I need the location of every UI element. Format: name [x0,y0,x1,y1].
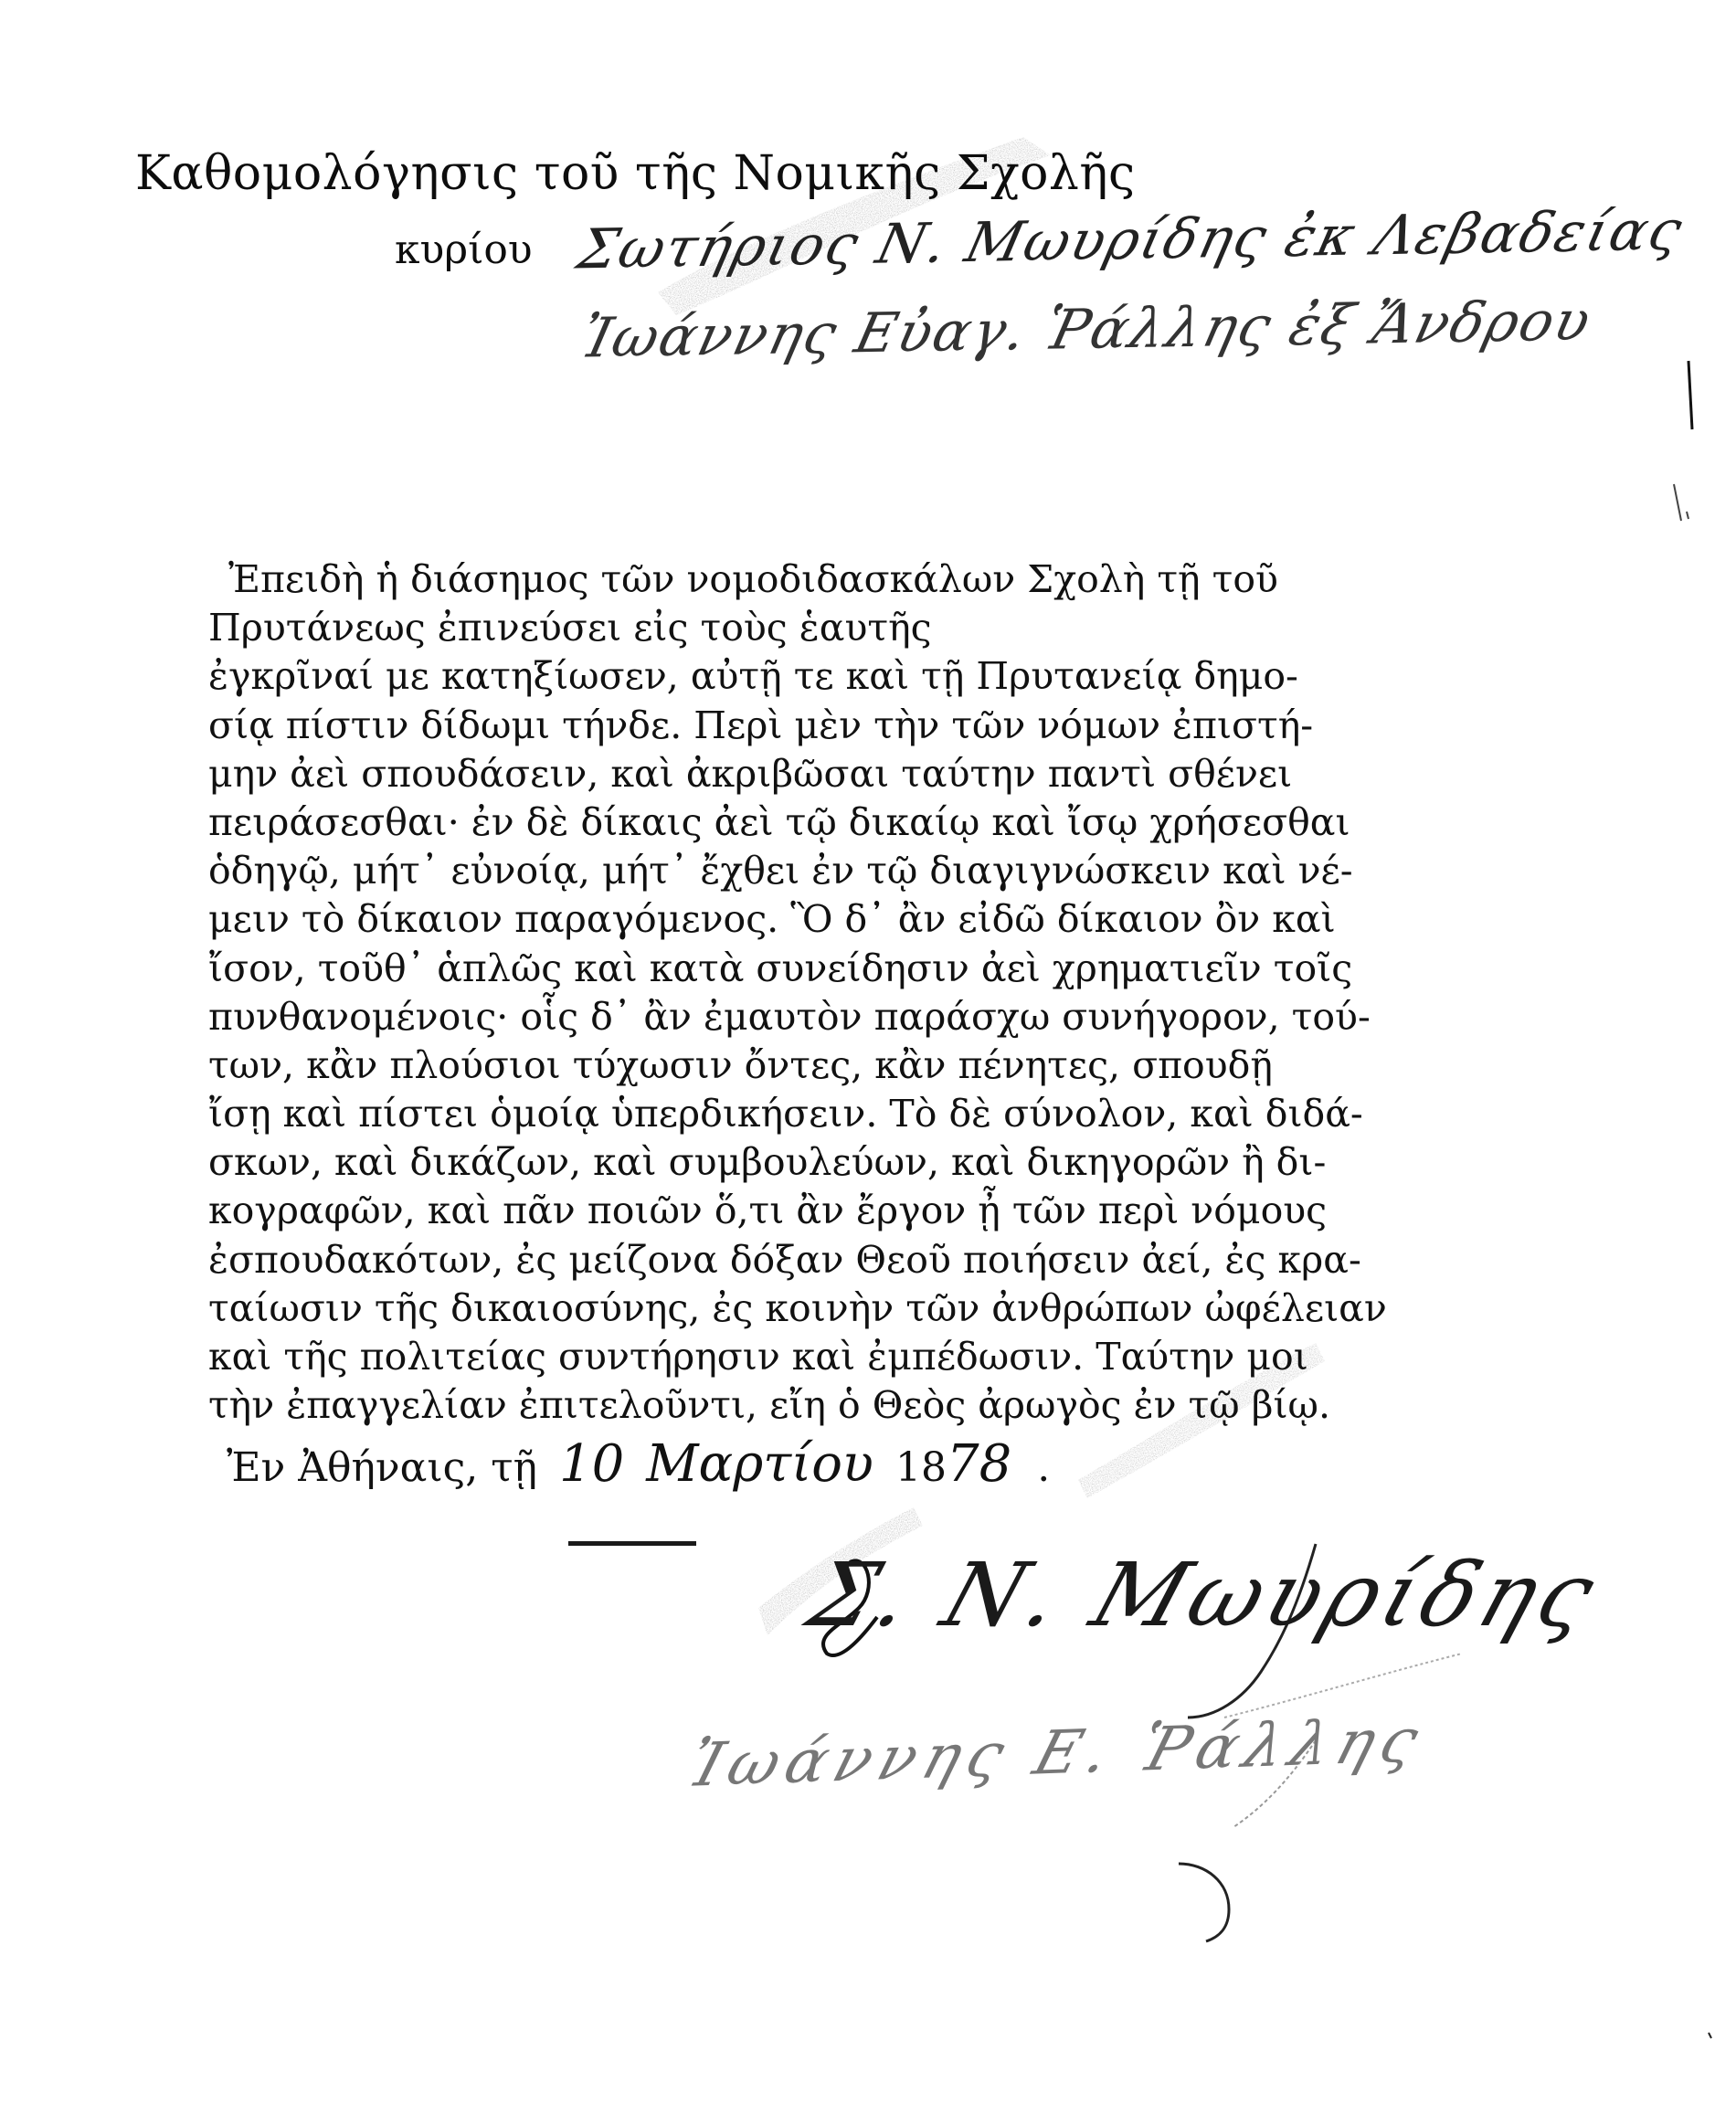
signature-first: Σ. Ν. Μωυρίδης [797,1544,1612,1646]
dateline-end: . [1037,1444,1050,1491]
body-line: ὁδηγῷ, μήτ᾽ εὐνοίᾳ, μήτ᾽ ἔχθει ἐν τῷ δια… [208,847,1250,895]
body-line: ἴσῃ καὶ πίστει ὁμοίᾳ ὑπερδικήσειν. Τὸ δὲ… [208,1090,1250,1138]
dateline: Ἐν Ἀθήναις, τῇ 10 Μαρτίου 1878 . [227,1434,1050,1494]
handwritten-name-line-2: Ἰωάννης Εὐαγ. Ῥάλλης ἐξ Ἄνδρου [576,289,1598,370]
addressee-label: κυρίου [395,227,533,273]
body-line: Πρυτάνεως ἐπινεύσει εἰς τοὺς ἑαυτῆς [208,604,1250,652]
body-line: σίᾳ πίστιν δίδωμι τήνδε. Περὶ μὲν τὴν τῶ… [208,702,1250,750]
body-line: ταίωσιν τῆς δικαιοσύνης, ἐς κοινὴν τῶν ἀ… [208,1284,1250,1333]
body-line: πειράσεσθαι· ἐν δὲ δίκαις ἀεὶ τῷ δικαίῳ … [208,798,1250,847]
dateline-year-prefix: 18 [895,1444,947,1491]
body-line: καὶ τῆς πολιτείας συντήρησιν καὶ ἐμπέδωσ… [208,1333,1250,1381]
signature-rule [568,1541,696,1546]
body-line: μην ἀεὶ σπουδάσειν, καὶ ἀκριβῶσαι ταύτην… [208,750,1250,798]
document-title: Καθομολόγησις τοῦ τῆς Νομικῆς Σχολῆς [135,146,1136,201]
body-line: Ἐπειδὴ ἡ διάσημος τῶν νομοδιδασκάλων Σχο… [208,555,1250,604]
dateline-printed: Ἐν Ἀθήναις, τῇ [227,1444,537,1491]
dateline-month: Μαρτίου [646,1434,873,1494]
dateline-day: 10 [559,1434,624,1494]
body-line: κογραφῶν, καὶ πᾶν ποιῶν ὅ,τι ἂν ἔργον ᾖ … [208,1187,1250,1235]
body-line: ἴσον, τοῦθ᾽ ἁπλῶς καὶ κατὰ συνείδησιν ἀε… [208,945,1250,993]
scanned-document-page: Καθομολόγησις τοῦ τῆς Νομικῆς Σχολῆς κυρ… [0,0,1736,2114]
margin-pen-mark [1688,361,1692,429]
bottom-speck [1709,2033,1711,2038]
oath-body: Ἐπειδὴ ἡ διάσημος τῶν νομοδιδασκάλων Σχο… [208,555,1250,1430]
body-line: τὴν ἐπαγγελίαν ἐπιτελοῦντι, εἴη ὁ Θεὸς ἀ… [208,1381,1250,1430]
bottom-curve-mark [1179,1864,1229,1941]
dateline-year-suffix: 78 [947,1434,1011,1494]
body-line: ἐγκρῖναί με κατηξίωσεν, αὐτῇ τε καὶ τῇ Π… [208,652,1250,701]
body-line: σκων, καὶ δικάζων, καὶ συμβουλεύων, καὶ … [208,1138,1250,1187]
body-line: μειν τὸ δίκαιον παραγόμενος. Ὃ δ᾽ ἂν εἰδ… [208,895,1250,944]
signature-second: Ἰωάννης Ε. Ῥάλλης [681,1705,1434,1801]
body-line: ἐσπουδακότων, ἐς μείζονα δόξαν Θεοῦ ποιή… [208,1236,1250,1284]
handwritten-name-line-1: Σωτήριος Ν. Μωυρίδης ἐκ Λεβαδείας [571,199,1689,282]
body-line: των, κἂν πλούσιοι τύχωσιν ὄντες, κἂν πέν… [208,1041,1250,1090]
margin-specks [1674,484,1688,521]
body-line: πυνθανομένοις· οἷς δ᾽ ἂν ἐμαυτὸν παράσχω… [208,993,1250,1041]
